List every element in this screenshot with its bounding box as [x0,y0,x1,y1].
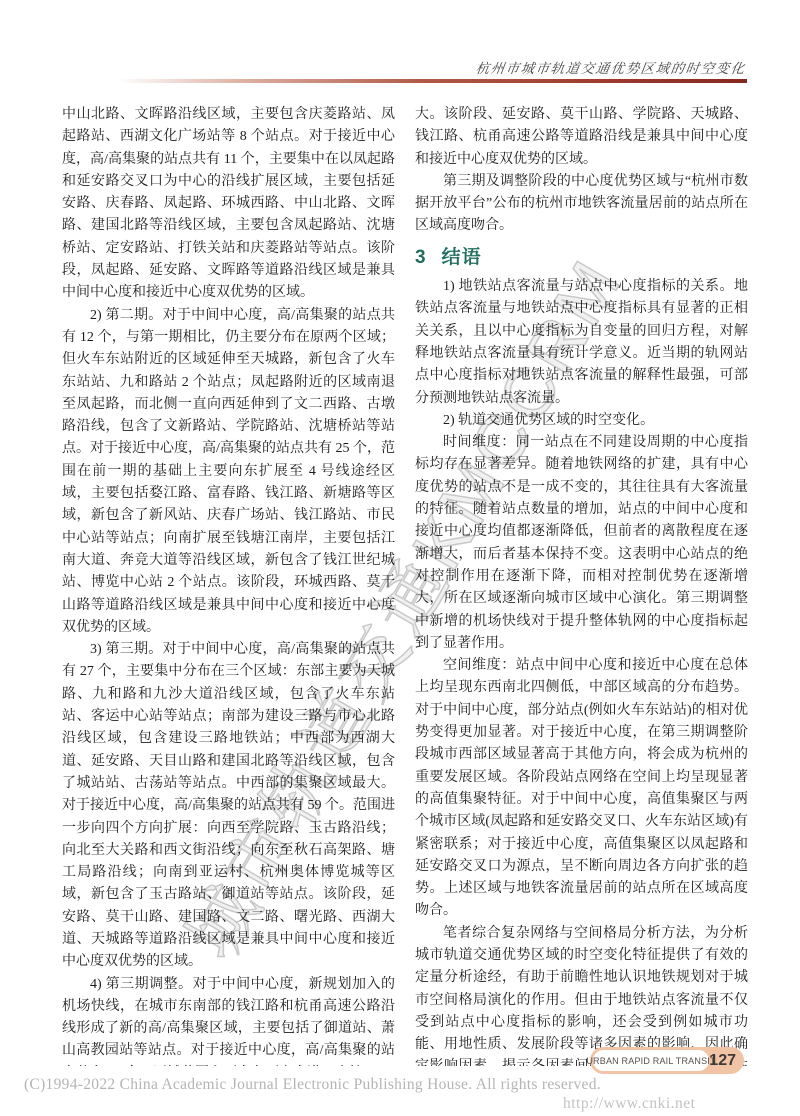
paragraph: 第三期及调整阶段的中心度优势区域与“杭州市数据开放平台”公布的杭州市地铁客流量居… [415,171,748,238]
right-column: 大。该阶段、延安路、莫干山路、学院路、天城路、钱江路、杭甬高速公路等道路沿线是兼… [415,104,748,1066]
header-rule [118,79,747,83]
paragraph: 笔者综合复杂网络与空间格局分析方法，为分析城市轨道交通优势区域的时空变化特征提供… [415,923,748,1066]
paragraph: 1) 地铁站点客流量与站点中心度指标的关系。地铁站点客流量与地铁站点中心度指标具… [415,276,748,410]
paragraph: 空间维度：站点中间中心度和接近中心度在总体上均呈现东西南北四侧低，中部区域高的分… [415,655,748,923]
paragraph: 大。该阶段、延安路、莫干山路、学院路、天城路、钱江路、杭甬高速公路等道路沿线是兼… [415,104,748,171]
section-number: 3 [415,247,427,268]
paragraph: 2) 第二期。对于中间中心度，高/高集聚的站点共有 12 个，与第一期相比，仍主… [62,305,395,639]
copyright-notice: (C)1994-2022 China Academic Journal Elec… [24,1076,601,1094]
journal-name-pill: URBAN RAPID RAIL TRANSIT [593,1050,709,1071]
paragraph: 2) 轨道交通优势区域的时空变化。 [415,410,748,432]
journal-page-badge: URBAN RAPID RAIL TRANSIT 127 [590,1047,744,1074]
article-body: 中山北路、文晖路沿线区域，主要包含庆菱路站、凤起路站、西湖文化广场站等 8 个站… [62,104,748,1066]
paragraph: 中山北路、文晖路沿线区域，主要包含庆菱路站、凤起路站、西湖文化广场站等 8 个站… [62,104,395,305]
paragraph: 时间维度：同一站点在不同建设周期的中心度指标均存在显著差异。随着地铁网络的扩建，… [415,432,748,655]
paragraph: 4) 第三期调整。对于中间中心度，新规划加入的机场快线，在城市东南部的钱江路和杭… [62,974,395,1066]
cnki-url: http://www.cnki.net [563,1095,695,1113]
left-column: 中山北路、文晖路沿线区域，主要包含庆菱路站、凤起路站、西湖文化广场站等 8 个站… [62,104,395,1066]
section-title: 结语 [442,247,482,268]
running-title: 杭州市城市轨道交通优势区域的时空变化 [475,57,748,77]
paragraph: 3) 第三期。对于中间中心度，高/高集聚的站点共有 27 个，主要集中分布在三个… [62,639,395,973]
scanned-paper-page: 杭州市城市轨道交通优势区域的时空变化 城市轨道交通KMCCRM 中山北路、文晖路… [0,0,800,1116]
journal-name-label: URBAN RAPID RAIL TRANSIT [586,1056,715,1066]
page-number: 127 [709,1047,736,1074]
section-heading: 3结语 [415,247,748,269]
